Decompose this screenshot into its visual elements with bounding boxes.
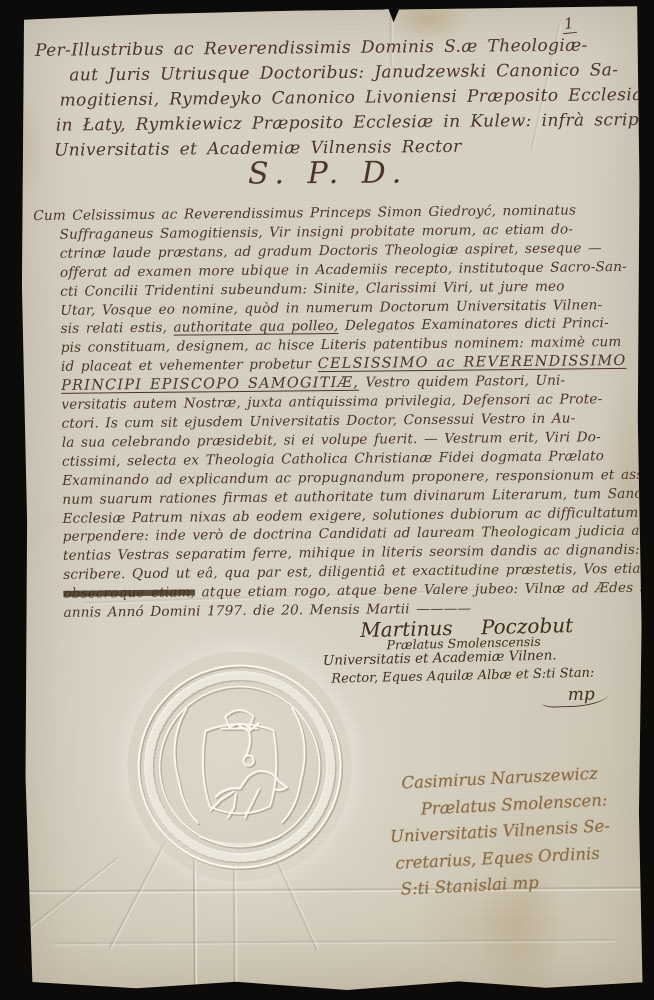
body-text: id placeat et vehementer probetur xyxy=(61,356,318,375)
struck-text: obsecroque etiam, xyxy=(63,585,195,602)
photo-backdrop: 1 Per-Illustribus ac Reverendissimis Dom… xyxy=(0,0,654,1000)
seal-emblem-icon xyxy=(129,656,350,877)
primary-signature: Martinus Poczobut Prælatus Smolenscensis… xyxy=(322,611,654,713)
underlined-phrase: authoritate qua polleo, xyxy=(173,318,338,336)
secondary-signature: Casimirus Naruszewicz Prælatus Smolensce… xyxy=(383,759,649,904)
body-text: Delegatos Examinatores dicti Princi- xyxy=(338,316,608,335)
fold-crease xyxy=(192,857,198,993)
body-text: Vestro quidem Pastori, Uni- xyxy=(359,373,565,391)
manuscript-paper: 1 Per-Illustribus ac Reverendissimis Dom… xyxy=(19,6,645,994)
body-text: sis relati estis, xyxy=(60,320,173,337)
fold-crease xyxy=(232,865,238,993)
document-body: Cum Celsissimus ac Reverendissimus Princ… xyxy=(33,201,641,623)
seal-crease-ray xyxy=(22,856,119,934)
body-text: atque etiam rogo, atque bene Valere jube… xyxy=(195,579,654,600)
caps-phrase: PRINCIPI EPISCOPO SAMOGITIÆ, xyxy=(61,375,359,394)
document-header: Per-Illustribus ac Reverendissimis Domin… xyxy=(35,33,632,164)
salutation: S. P. D. xyxy=(248,156,408,192)
manu-propria-mark: mp xyxy=(542,684,610,708)
folio-number: 1 xyxy=(561,14,577,34)
embossed-seal xyxy=(127,651,352,882)
caps-phrase: CELSISSIMO ac REVERENDISSIMO xyxy=(318,353,627,372)
fold-crease xyxy=(55,938,615,946)
